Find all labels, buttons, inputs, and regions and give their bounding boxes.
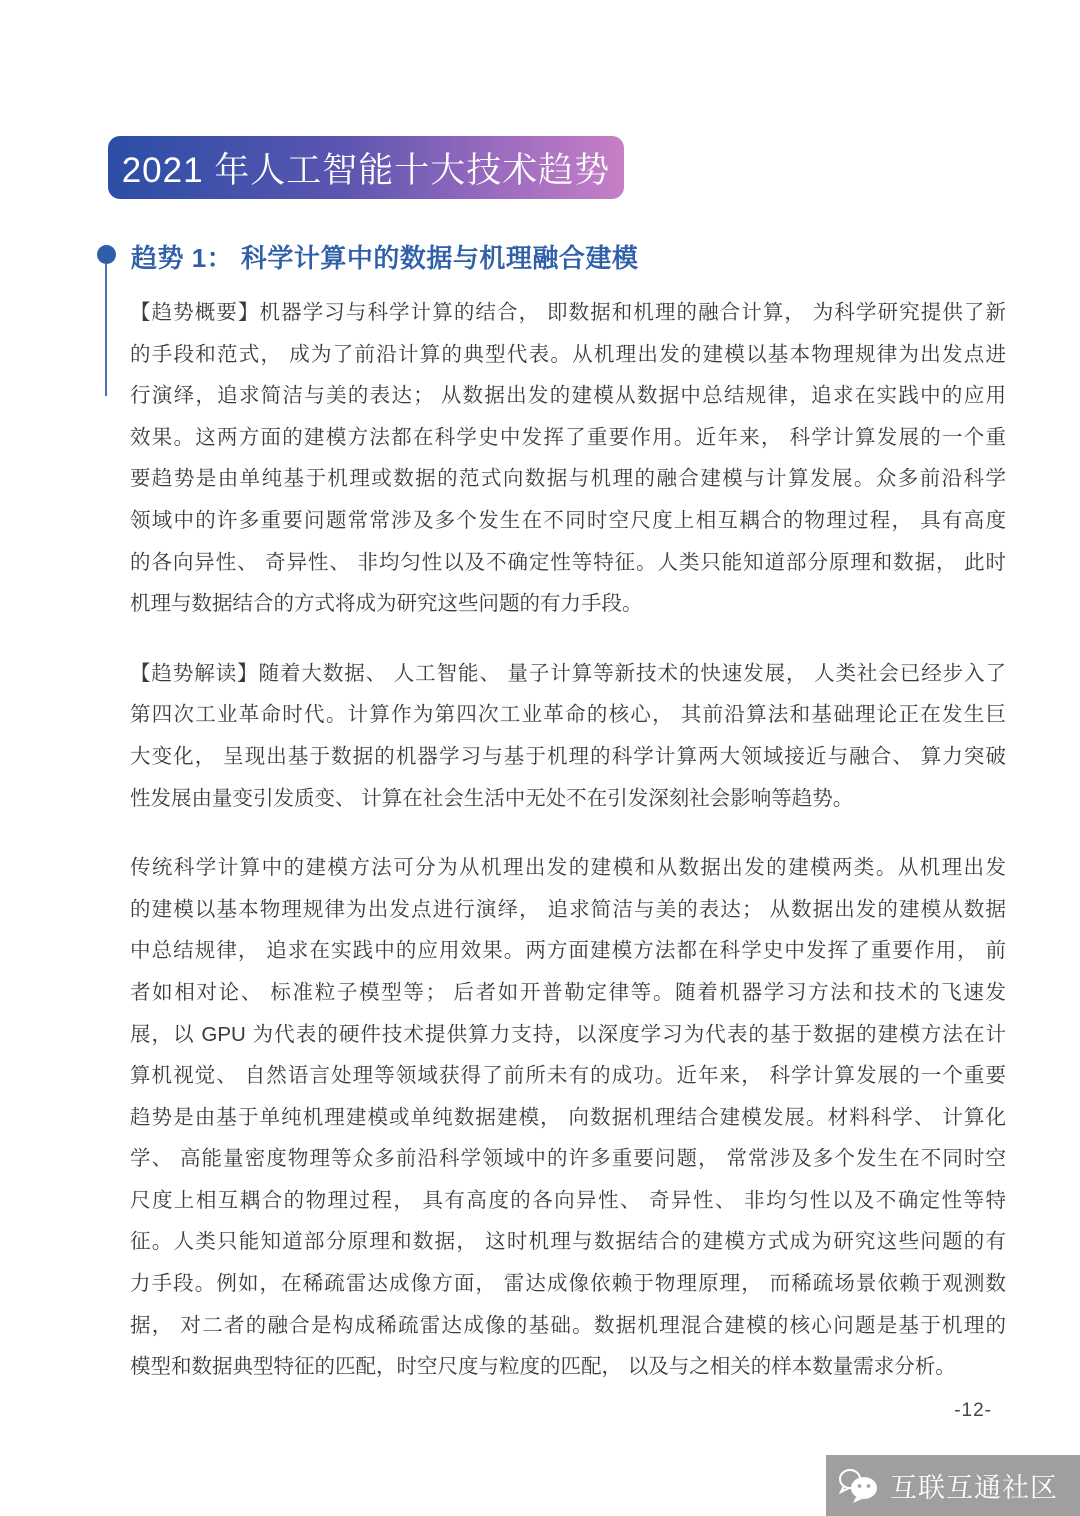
paragraph-line: 第四次工业革命时代。计算作为第四次工业革命的核心， 其前沿算法和基础理论正在发生… — [130, 694, 1006, 736]
paragraph-line: 征。人类只能知道部分原理和数据， 这时机理与数据结合的建模方式成为研究这些问题的… — [130, 1221, 1006, 1263]
paragraph-line: 行演绎，追求简洁与美的表达； 从数据出发的建模从数据中总结规律，追求在实践中的应… — [130, 375, 1006, 417]
bullet-dot — [97, 245, 116, 264]
paragraph-line: 效果。这两方面的建模方法都在科学史中发挥了重要作用。近年来， 科学计算发展的一个… — [130, 417, 1006, 459]
wechat-icon — [838, 1467, 882, 1505]
watermark-badge: 互联互通社区 — [826, 1455, 1080, 1516]
section-heading: 趋势 1： 科学计算中的数据与机理融合建模 — [131, 238, 638, 275]
paragraph-line: 趋势是由基于单纯机理建模或单纯数据建模， 向数据机理结合建模发展。材料科学、 计… — [130, 1097, 1006, 1139]
paragraph-trend-interpretation: 【趋势解读】随着大数据、 人工智能、 量子计算等新技术的快速发展， 人类社会已经… — [130, 653, 1006, 819]
document-page: 2021 年人工智能十大技术趋势 趋势 1： 科学计算中的数据与机理融合建模 【… — [0, 0, 1080, 1516]
paragraph-line: 尺度上相互耦合的物理过程， 具有高度的各向异性、 奇异性、 非均匀性以及不确定性… — [130, 1180, 1006, 1222]
paragraph-line: 学、 高能量密度物理等众多前沿科学领域中的许多重要问题， 常常涉及多个发生在不同… — [130, 1138, 1006, 1180]
paragraph-line: 领域中的许多重要问题常常涉及多个发生在不同时空尺度上相互耦合的物理过程， 具有高… — [130, 500, 1006, 542]
paragraph-line: 中总结规律， 追求在实践中的应用效果。两方面建模方法都在科学史中发挥了重要作用，… — [130, 930, 1006, 972]
paragraph-line: 算机视觉、 自然语言处理等领域获得了前所未有的成功。近年来， 科学计算发展的一个… — [130, 1055, 1006, 1097]
title-banner: 2021 年人工智能十大技术趋势 — [108, 136, 624, 199]
paragraph-line: 的建模以基本物理规律为出发点进行演绎， 追求简洁与美的表达； 从数据出发的建模从… — [130, 889, 1006, 931]
paragraph-line: 传统科学计算中的建模方法可分为从机理出发的建模和从数据出发的建模两类。从机理出发 — [130, 847, 1006, 889]
paragraph-line: 据， 对二者的融合是构成稀疏雷达成像的基础。数据机理混合建模的核心问题是基于机理… — [130, 1305, 1006, 1347]
body-content: 【趋势概要】机器学习与科学计算的结合， 即数据和机理的融合计算， 为科学研究提供… — [130, 292, 1006, 1416]
paragraph-line: 机理与数据结合的方式将成为研究这些问题的有力手段。 — [130, 583, 1006, 625]
paragraph-line: 者如相对论、 标准粒子模型等； 后者如开普勒定律等。随着机器学习方法和技术的飞速… — [130, 972, 1006, 1014]
paragraph-line: 模型和数据典型特征的匹配，时空尺度与粒度的匹配， 以及与之相关的样本数量需求分析… — [130, 1346, 1006, 1388]
page-number: -12- — [954, 1400, 992, 1422]
paragraph-line: 【趋势概要】机器学习与科学计算的结合， 即数据和机理的融合计算， 为科学研究提供… — [130, 292, 1006, 334]
paragraph-line: 的手段和范式， 成为了前沿计算的典型代表。从机理出发的建模以基本物理规律为出发点… — [130, 334, 1006, 376]
paragraph-line: 展，以 GPU 为代表的硬件技术提供算力支持，以深度学习为代表的基于数据的建模方… — [130, 1014, 1006, 1056]
paragraph-line: 性发展由量变引发质变、 计算在社会生活中无处不在引发深刻社会影响等趋势。 — [130, 778, 1006, 820]
paragraph-line: 力手段。例如，在稀疏雷达成像方面， 雷达成像依赖于物理原理， 而稀疏场景依赖于观… — [130, 1263, 1006, 1305]
bullet-connector-line — [105, 264, 107, 396]
paragraph-line: 大变化， 呈现出基于数据的机器学习与基于机理的科学计算两大领域接近与融合、 算力… — [130, 736, 1006, 778]
paragraph-trend-summary: 【趋势概要】机器学习与科学计算的结合， 即数据和机理的融合计算， 为科学研究提供… — [130, 292, 1006, 625]
document-title: 2021 年人工智能十大技术趋势 — [122, 143, 611, 193]
watermark-text: 互联互通社区 — [890, 1466, 1058, 1505]
paragraph-line: 【趋势解读】随着大数据、 人工智能、 量子计算等新技术的快速发展， 人类社会已经… — [130, 653, 1006, 695]
paragraph-line: 要趋势是由单纯基于机理或数据的范式向数据与机理的融合建模与计算发展。众多前沿科学 — [130, 458, 1006, 500]
paragraph-trend-body: 传统科学计算中的建模方法可分为从机理出发的建模和从数据出发的建模两类。从机理出发… — [130, 847, 1006, 1388]
paragraph-line: 的各向异性、 奇异性、 非均匀性以及不确定性等特征。人类只能知道部分原理和数据，… — [130, 542, 1006, 584]
